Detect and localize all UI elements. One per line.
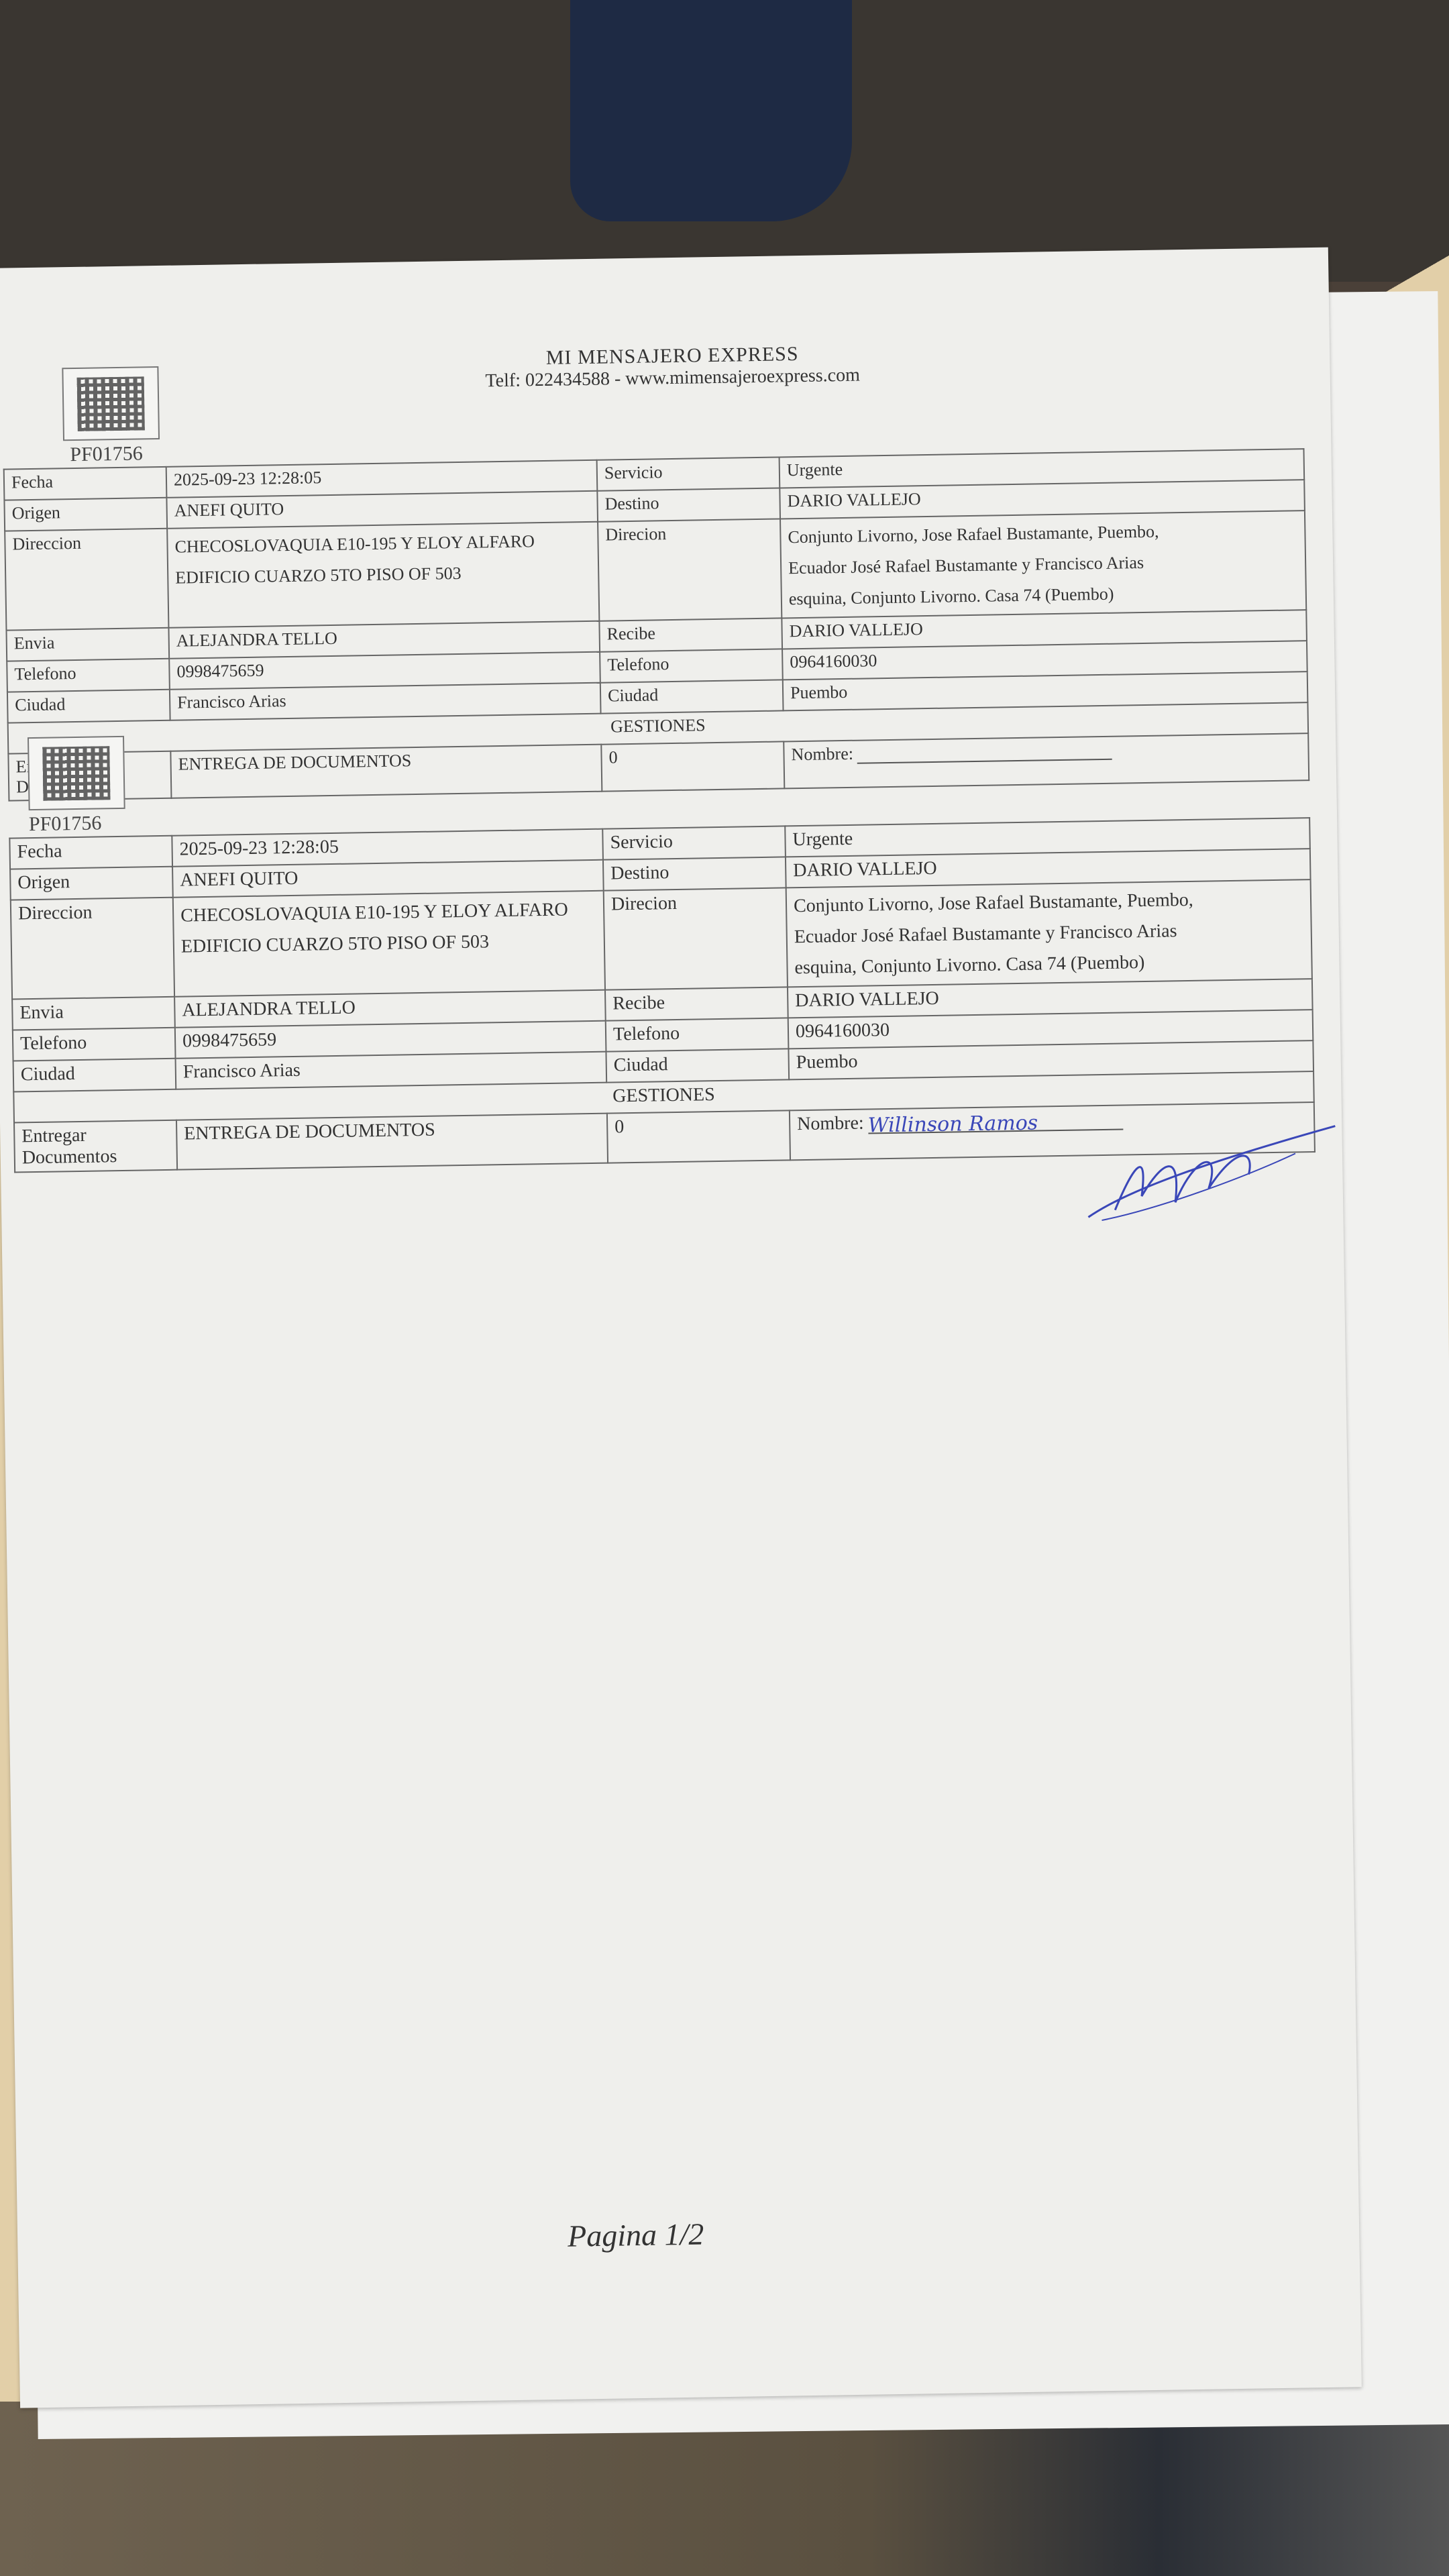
qr-code-icon bbox=[62, 366, 160, 441]
qr-code-icon bbox=[28, 736, 125, 810]
shipment-table: Fecha 2025-09-23 12:28:05 Servicio Urgen… bbox=[9, 817, 1316, 1173]
signature-icon bbox=[1073, 1119, 1343, 1224]
waybill-sheet: MI MENSAJERO EXPRESS Telf: 022434588 - w… bbox=[0, 248, 1362, 2408]
waybill-copy-2: PF01756 Fecha 2025-09-23 12:28:05 Servic… bbox=[7, 717, 1316, 1173]
page-indicator: Pagina 1/2 bbox=[568, 2216, 704, 2254]
